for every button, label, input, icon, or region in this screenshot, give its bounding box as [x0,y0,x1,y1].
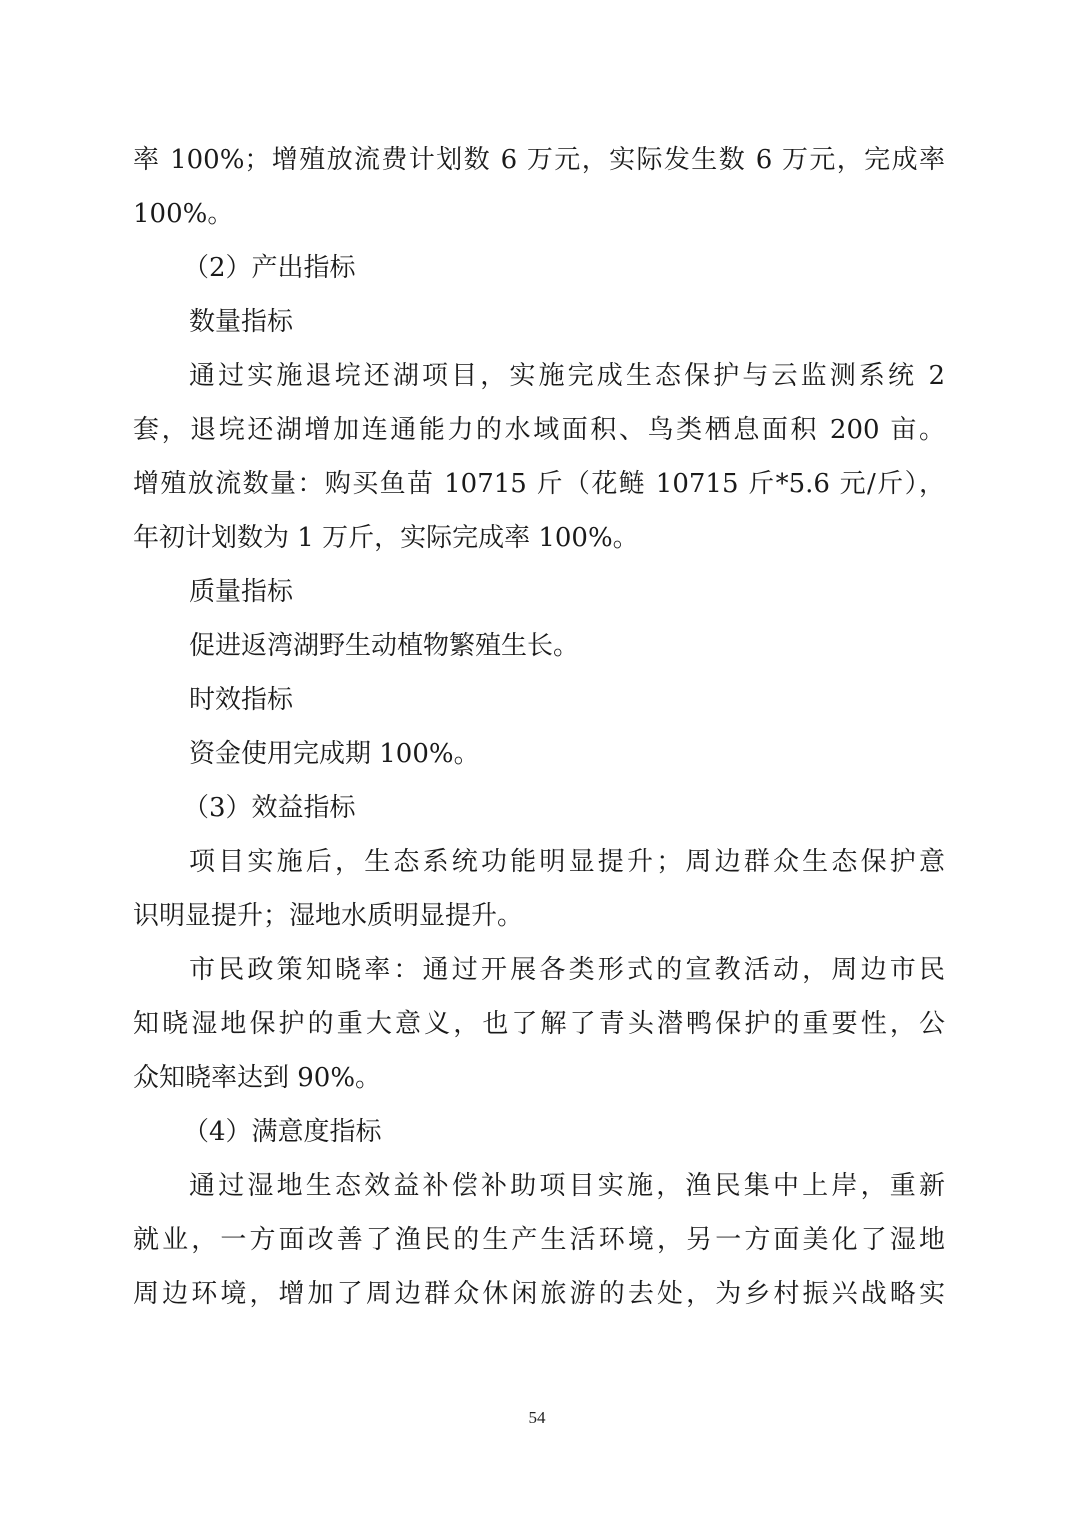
paragraph-line-end: 众知晓率达到 90%。 [133,1051,945,1105]
paragraph-line: 增殖放流数量：购买鱼苗 10715 斤（花鲢 10715 斤*5.6 元/斤）， [133,457,945,511]
subheading-quality-indicators: 质量指标 [133,565,945,619]
paragraph-line: 知晓湿地保护的重大意义，也了解了青头潜鸭保护的重要性，公 [133,997,945,1051]
paragraph-line-end: 年初计划数为 1 万斤，实际完成率 100%。 [133,511,945,565]
subheading-timeliness-indicators: 时效指标 [133,673,945,727]
paragraph-line: 套，退垸还湖增加连通能力的水域面积、鸟类栖息面积 200 亩。 [133,403,945,457]
paragraph-line-continuation: 率 100%；增殖放流费计划数 6 万元，实际发生数 6 万元，完成率 [133,133,945,187]
paragraph-line-start: 通过湿地生态效益补偿补助项目实施，渔民集中上岸，重新 [133,1159,945,1213]
paragraph-line: 周边环境，增加了周边群众休闲旅游的去处，为乡村振兴战略实 [133,1267,945,1321]
document-page-body: 率 100%；增殖放流费计划数 6 万元，实际发生数 6 万元，完成率 100%… [133,133,945,1321]
paragraph-line: 就业，一方面改善了渔民的生产生活环境，另一方面美化了湿地 [133,1213,945,1267]
paragraph-line-start: 项目实施后，生态系统功能明显提升；周边群众生态保护意 [133,835,945,889]
paragraph-line-end: 100%。 [133,187,945,241]
section-heading-satisfaction-indicators: （4）满意度指标 [133,1105,945,1159]
paragraph-quality-text: 促进返湾湖野生动植物繁殖生长。 [133,619,945,673]
section-heading-benefit-indicators: （3）效益指标 [133,781,945,835]
paragraph-line-start: 市民政策知晓率：通过开展各类形式的宣教活动，周边市民 [133,943,945,997]
subheading-quantity-indicators: 数量指标 [133,295,945,349]
paragraph-timeliness-text: 资金使用完成期 100%。 [133,727,945,781]
section-heading-output-indicators: （2）产出指标 [133,241,945,295]
paragraph-line-start: 通过实施退垸还湖项目，实施完成生态保护与云监测系统 2 [133,349,945,403]
page-number: 54 [0,1408,1074,1428]
paragraph-line-end: 识明显提升；湿地水质明显提升。 [133,889,945,943]
